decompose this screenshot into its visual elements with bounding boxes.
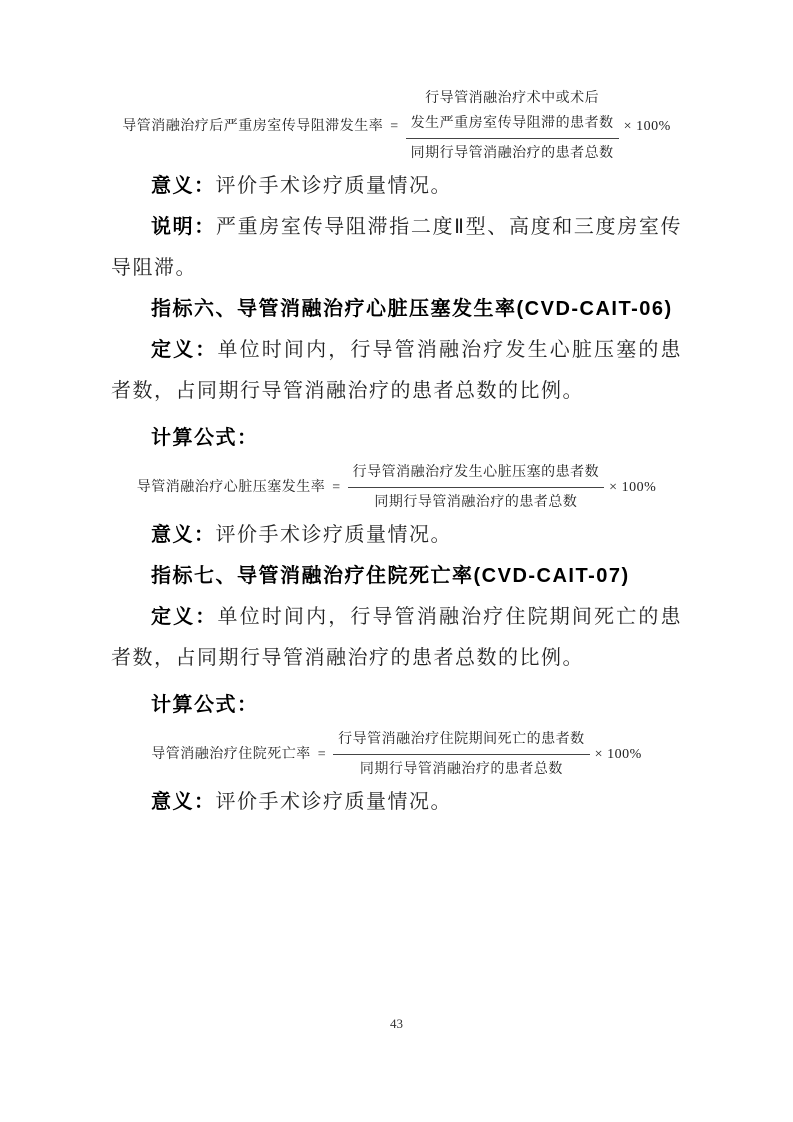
indicator7-definition-paragraph: 定义：单位时间内，行导管消融治疗住院期间死亡的患者数，占同期行导管消融治疗的患者… bbox=[111, 597, 682, 679]
fraction: 行导管消融治疗术中或术后 发生严重房室传导阻滞的患者数 同期行导管消融治疗的患者… bbox=[406, 86, 619, 166]
formula-avb-incidence: 导管消融治疗后严重房室传导阻滞发生率 = 行导管消融治疗术中或术后 发生严重房室… bbox=[111, 86, 682, 166]
note-label: 说明： bbox=[151, 216, 216, 238]
fraction: 行导管消融治疗发生心脏压塞的患者数 同期行导管消融治疗的患者总数 bbox=[348, 460, 605, 515]
multiplier: × 100% bbox=[619, 114, 671, 139]
page-number: 43 bbox=[0, 1014, 793, 1034]
indicator6-heading: 指标六、导管消融治疗心脏压塞发生率(CVD-CAIT-06) bbox=[111, 289, 682, 330]
note-paragraph: 说明：严重房室传导阻滞指二度Ⅱ型、高度和三度房室传导阻滞。 bbox=[111, 207, 682, 289]
meaning-label: 意义： bbox=[151, 524, 216, 546]
meaning-text: 评价手术诊疗质量情况。 bbox=[216, 524, 453, 546]
definition-label: 定义： bbox=[151, 606, 217, 628]
equals-sign: = bbox=[311, 742, 333, 767]
numerator-line-2: 发生严重房室传导阻滞的患者数 bbox=[411, 111, 614, 136]
fraction-numerator: 行导管消融治疗住院期间死亡的患者数 bbox=[333, 727, 590, 755]
multiplier: × 100% bbox=[590, 742, 642, 767]
formula-lhs: 导管消融治疗心脏压塞发生率 bbox=[137, 475, 326, 500]
meaning-label: 意义： bbox=[151, 791, 216, 813]
formula-lhs: 导管消融治疗后严重房室传导阻滞发生率 bbox=[122, 114, 383, 139]
fraction-numerator: 行导管消融治疗术中或术后 发生严重房室传导阻滞的患者数 bbox=[406, 86, 619, 139]
equals-sign: = bbox=[383, 114, 405, 139]
meaning-text: 评价手术诊疗质量情况。 bbox=[216, 791, 453, 813]
calc-formula-label: 计算公式： bbox=[151, 694, 259, 716]
fraction-numerator: 行导管消融治疗发生心脏压塞的患者数 bbox=[348, 460, 605, 488]
formula-lhs: 导管消融治疗住院死亡率 bbox=[151, 742, 311, 767]
indicator6-calc-label: 计算公式： bbox=[111, 418, 682, 459]
meaning-paragraph: 意义：评价手术诊疗质量情况。 bbox=[111, 515, 682, 556]
indicator7-heading: 指标七、导管消融治疗住院死亡率(CVD-CAIT-07) bbox=[111, 556, 682, 597]
equals-sign: = bbox=[325, 475, 347, 500]
fraction-denominator: 同期行导管消融治疗的患者总数 bbox=[406, 139, 619, 166]
meaning-label: 意义： bbox=[151, 175, 216, 197]
numerator-line-1: 行导管消融治疗术中或术后 bbox=[425, 86, 599, 111]
numerator-line-1: 行导管消融治疗住院期间死亡的患者数 bbox=[338, 727, 585, 752]
fraction-denominator: 同期行导管消融治疗的患者总数 bbox=[355, 755, 568, 782]
multiplier: × 100% bbox=[604, 475, 656, 500]
formula-inhospital-mortality: 导管消融治疗住院死亡率 = 行导管消融治疗住院期间死亡的患者数 同期行导管消融治… bbox=[111, 727, 682, 782]
fraction: 行导管消融治疗住院期间死亡的患者数 同期行导管消融治疗的患者总数 bbox=[333, 727, 590, 782]
calc-formula-label: 计算公式： bbox=[151, 427, 259, 449]
indicator7-calc-label: 计算公式： bbox=[111, 685, 682, 726]
formula-tamponade-rate: 导管消融治疗心脏压塞发生率 = 行导管消融治疗发生心脏压塞的患者数 同期行导管消… bbox=[111, 460, 682, 515]
fraction-denominator: 同期行导管消融治疗的患者总数 bbox=[369, 488, 582, 515]
indicator6-definition-paragraph: 定义：单位时间内，行导管消融治疗发生心脏压塞的患者数，占同期行导管消融治疗的患者… bbox=[111, 330, 682, 412]
meaning-text: 评价手术诊疗质量情况。 bbox=[216, 175, 453, 197]
definition-label: 定义： bbox=[151, 339, 217, 361]
numerator-line-1: 行导管消融治疗发生心脏压塞的患者数 bbox=[353, 460, 600, 485]
document-page: 导管消融治疗后严重房室传导阻滞发生率 = 行导管消融治疗术中或术后 发生严重房室… bbox=[0, 0, 793, 1122]
meaning-paragraph: 意义：评价手术诊疗质量情况。 bbox=[111, 782, 682, 823]
meaning-paragraph: 意义：评价手术诊疗质量情况。 bbox=[111, 166, 682, 207]
